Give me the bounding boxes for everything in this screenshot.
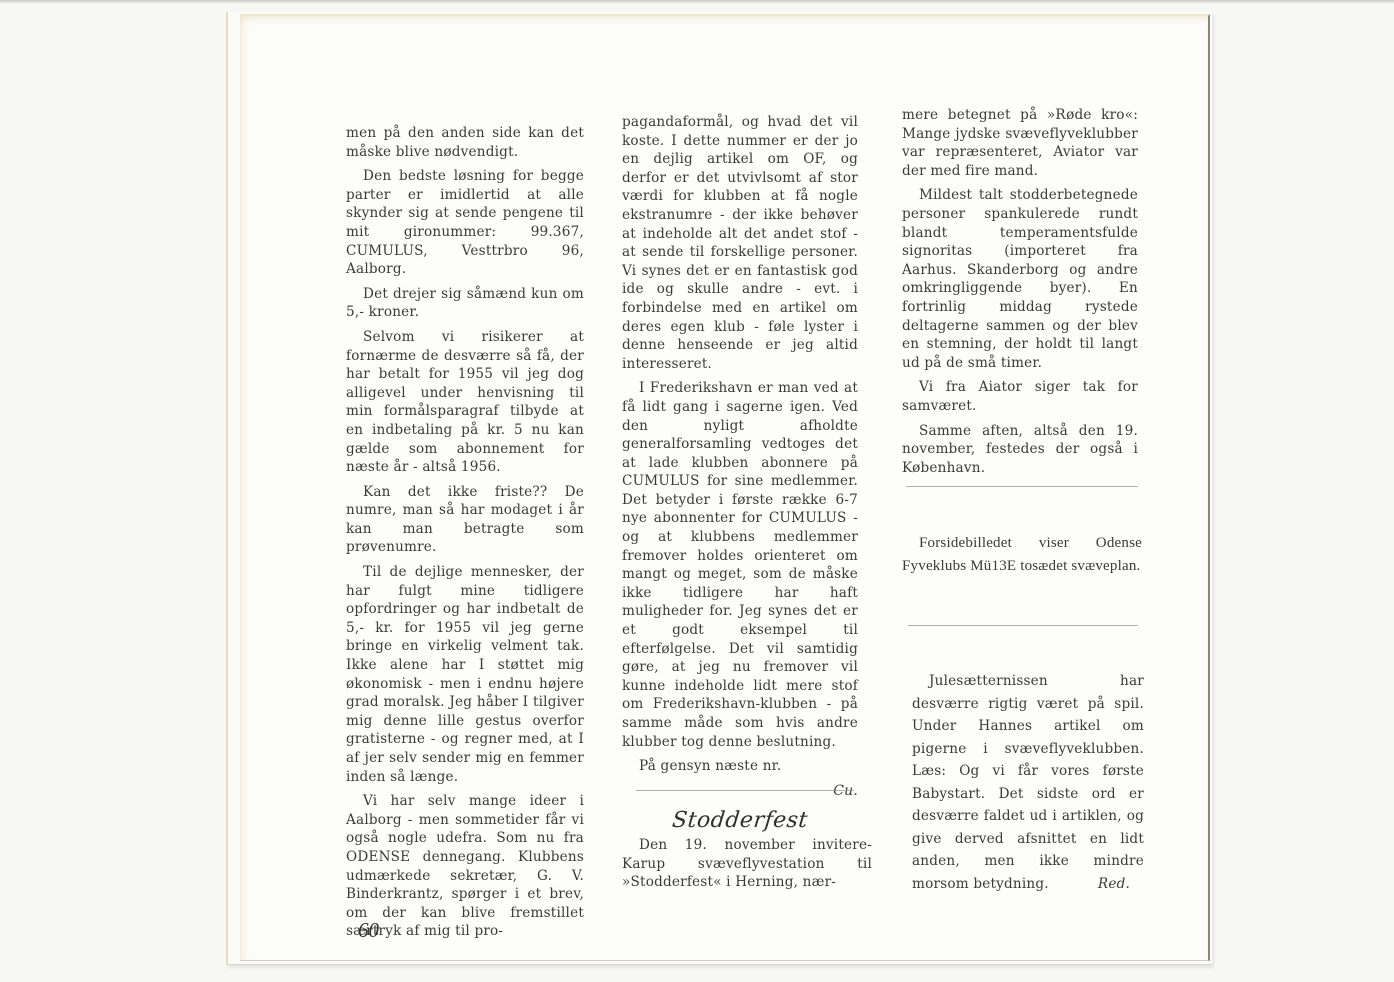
paragraph: Julesætternissen har desværre rigtig vær… xyxy=(912,670,1144,895)
page-number: 60 xyxy=(358,918,379,943)
column-3: mere betegnet på »Røde kro«: Mange jydsk… xyxy=(902,106,1138,483)
stodderfest-intro: Den 19. november invitere- Karup svævefl… xyxy=(622,836,872,898)
erratum-note: Julesætternissen har desværre rigtig vær… xyxy=(912,670,1144,901)
paragraph: Vi har selv mange ideer i Aalborg - men … xyxy=(346,792,584,941)
signature: Red. xyxy=(1081,873,1130,896)
paragraph: Forsidebilledet viser Odense Fyveklubs M… xyxy=(902,532,1142,578)
paragraph: Den bedste løsning for begge parter er i… xyxy=(346,167,584,279)
scan-edge xyxy=(0,0,1394,3)
paragraph: Vi fra Aiator siger tak for samværet. xyxy=(902,378,1138,415)
paragraph: Samme aften, altså den 19. november, fes… xyxy=(902,422,1138,478)
column-2: pagandaformål, og hvad det vil koste. I … xyxy=(622,113,858,806)
paragraph: Selvom vi risikerer at fornærme de desvæ… xyxy=(346,328,584,477)
paragraph: men på den anden side kan det måske bliv… xyxy=(346,124,584,161)
paragraph: Den 19. november invitere- Karup svævefl… xyxy=(622,836,872,892)
paragraph: Kan det ikke friste?? De numre, man så h… xyxy=(346,483,584,557)
cover-note: Forsidebilledet viser Odense Fyveklubs M… xyxy=(902,532,1142,584)
paragraph: mere betegnet på »Røde kro«: Mange jydsk… xyxy=(902,106,1138,180)
paragraph: Til de dejlige mennesker, der har fulgt … xyxy=(346,563,584,786)
column-1: men på den anden side kan det måske bliv… xyxy=(346,124,584,947)
paragraph: I Frederikshavn er man ved at få lidt ga… xyxy=(622,379,858,751)
divider xyxy=(908,625,1138,626)
paragraph: Mildest talt stodderbetegnede personer s… xyxy=(902,186,1138,372)
paragraph: Det drejer sig såmænd kun om 5,- kroner. xyxy=(346,285,584,322)
paragraph: pagandaformål, og hvad det vil koste. I … xyxy=(622,113,858,373)
paragraph: På gensyn næste nr. xyxy=(622,757,858,776)
divider xyxy=(906,486,1138,487)
signature: Cu. xyxy=(622,782,858,801)
section-title-stodderfest: Stodderfest xyxy=(621,808,860,833)
divider xyxy=(636,790,854,791)
